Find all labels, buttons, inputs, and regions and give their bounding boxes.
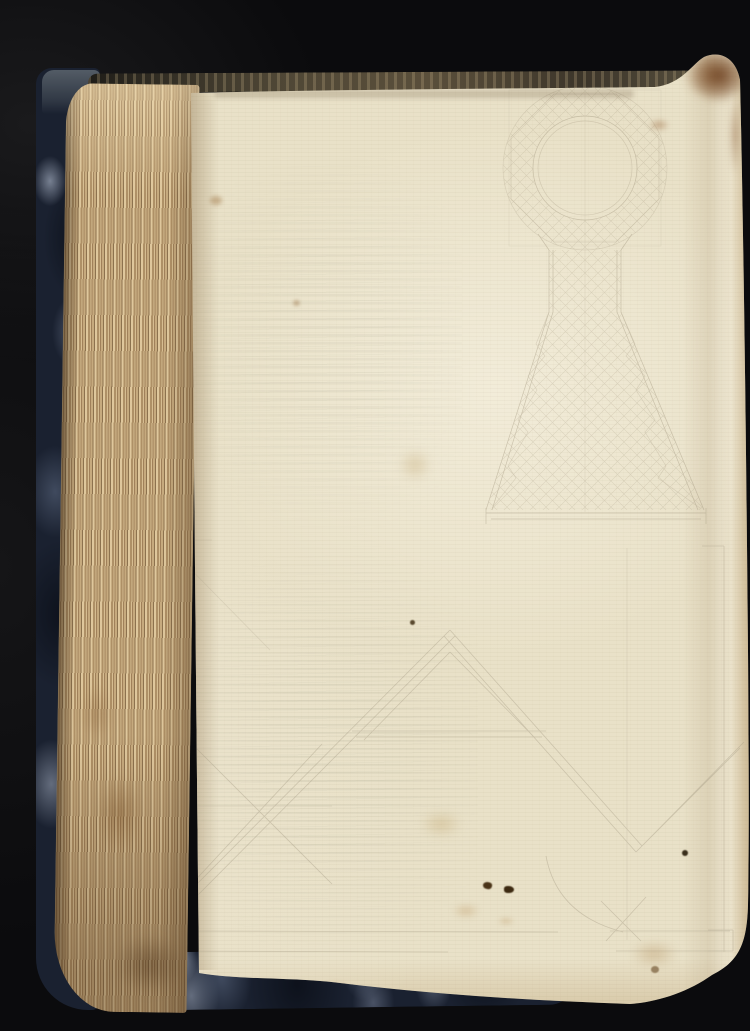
ink-blot [132, 55, 147, 72]
scan-background [0, 0, 750, 1031]
page-stack-fore-edge [54, 83, 200, 1013]
dark-speck [504, 886, 514, 893]
corner-stain [640, 42, 750, 137]
bleedthrough-lower [196, 540, 478, 960]
ink-blot-tail [110, 47, 120, 55]
fore-edge-stain [114, 934, 185, 995]
dark-speck [682, 850, 688, 856]
dark-speck [482, 881, 493, 890]
ink-speck [165, 61, 168, 64]
fore-edge-stain [96, 774, 143, 855]
corner-stain-streak [728, 95, 742, 175]
faint-blotch [497, 916, 515, 926]
ink-blot-tail [128, 50, 137, 58]
bleedthrough-upper [196, 150, 462, 535]
figure-strapwork-finial [486, 86, 706, 524]
faint-blotch [630, 940, 678, 968]
dark-speck [651, 966, 659, 973]
corner-stain-drip [648, 118, 670, 132]
corner-stain-core [690, 48, 750, 103]
fore-edge-stain [81, 683, 112, 743]
ink-blot [115, 53, 129, 68]
